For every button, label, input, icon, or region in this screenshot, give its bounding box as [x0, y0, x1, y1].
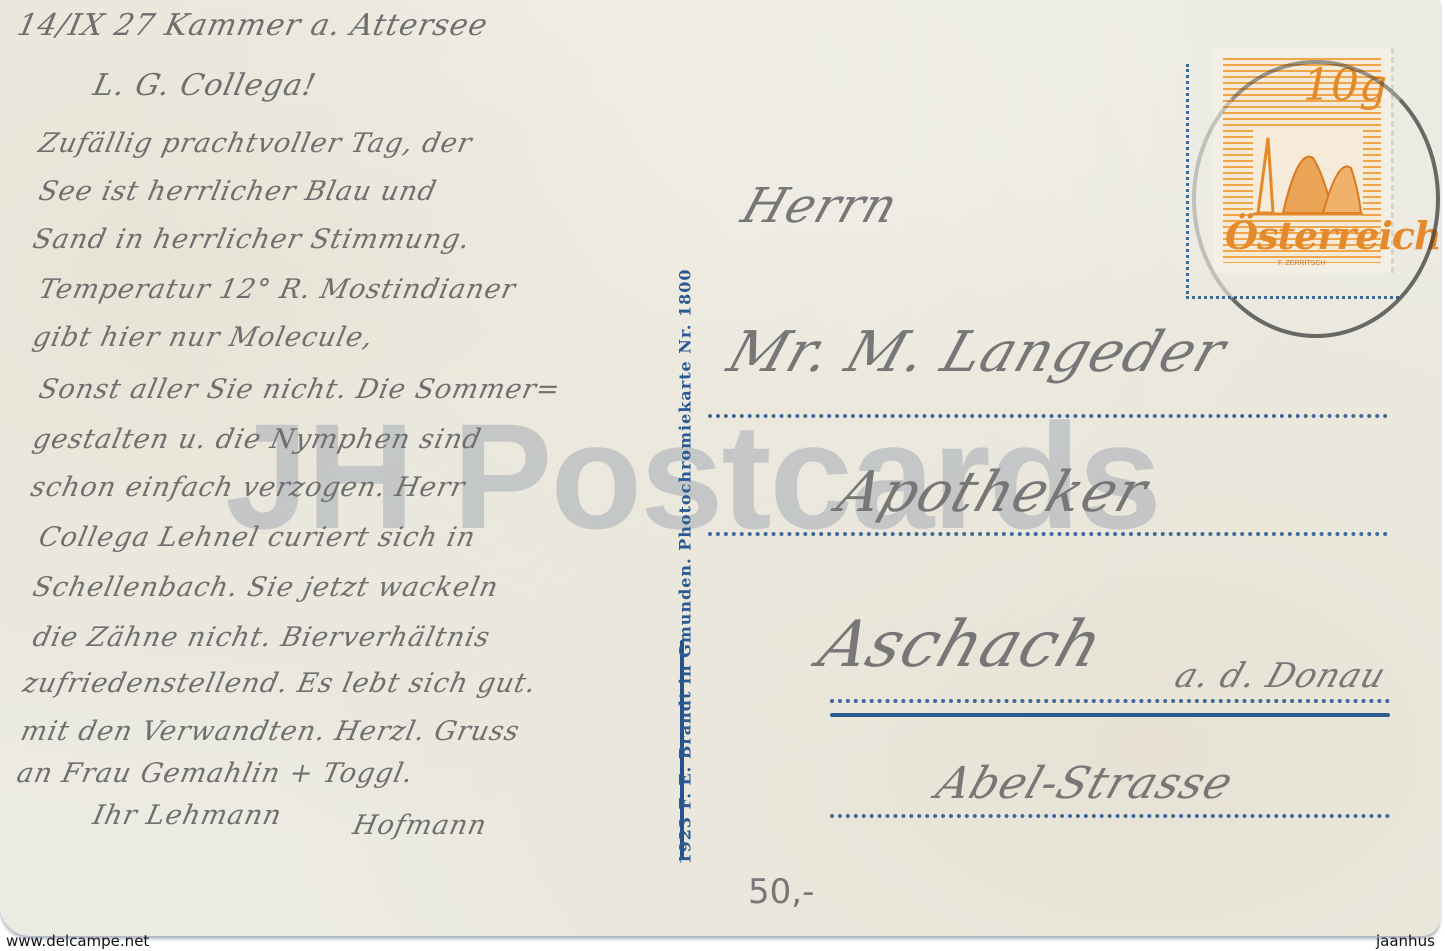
message-line: Zufällig prachtvoller Tag, der: [36, 128, 475, 159]
message-line: Temperatur 12° R. Mostindianer: [36, 274, 519, 305]
address-city: Aschach: [810, 608, 1112, 682]
address-underline: [830, 713, 1390, 717]
message-line: Sonst aller Sie nicht. Die Sommer=: [36, 374, 563, 405]
message-line: die Zähne nicht. Bierverhältnis: [30, 622, 493, 653]
address-city-suffix: a. d. Donau: [1170, 656, 1391, 696]
seller-credit: jaanhus: [1376, 932, 1435, 950]
message-line: Ihr Lehmann: [90, 800, 285, 831]
postcard: JH Postcards 14/IX 27 Kammer a. Attersee…: [0, 0, 1440, 936]
address-line-4: [830, 814, 1390, 818]
center-divider: 1923 F. E. Brandt in Gmunden. Photochrom…: [680, 200, 685, 860]
message-salutation: L. G. Collega!: [90, 68, 320, 103]
message-signature: Hofmann: [350, 810, 490, 841]
message-line: gestalten u. die Nymphen sind: [30, 424, 484, 455]
message-line: gibt hier nur Molecule,: [30, 322, 376, 353]
message-line: Schellenbach. Sie jetzt wackeln: [30, 572, 502, 603]
address-street: Abel-Strasse: [930, 758, 1240, 809]
message-line: an Frau Gemahlin + Toggl.: [14, 758, 416, 789]
message-header: 14/IX 27 Kammer a. Attersee: [14, 8, 491, 43]
price-note: 50,-: [748, 872, 814, 912]
address-line-2: [708, 532, 1388, 536]
publisher-imprint: 1923 F. E. Brandt in Gmunden. Photochrom…: [676, 215, 695, 865]
message-line: Sand in herrlicher Stimmung.: [30, 224, 473, 255]
address-line-1: [708, 414, 1388, 418]
message-line: zufriedenstellend. Es lebt sich gut.: [20, 668, 539, 699]
message-line: mit den Verwandten. Herzl. Gruss: [18, 716, 523, 747]
message-line: schon einfach verzogen. Herr: [28, 472, 468, 503]
address-line-3: [830, 699, 1390, 703]
address-salutation: Herrn: [735, 178, 905, 234]
message-line: Collega Lehnel curiert sich in: [36, 522, 479, 553]
address-name: Mr. M. Langeder: [720, 320, 1234, 385]
address-title: Apotheker: [830, 460, 1156, 525]
message-line: See ist herrlicher Blau und: [36, 176, 440, 207]
postmark-icon: [1192, 60, 1440, 338]
source-credit: www.delcampe.net: [6, 932, 149, 950]
